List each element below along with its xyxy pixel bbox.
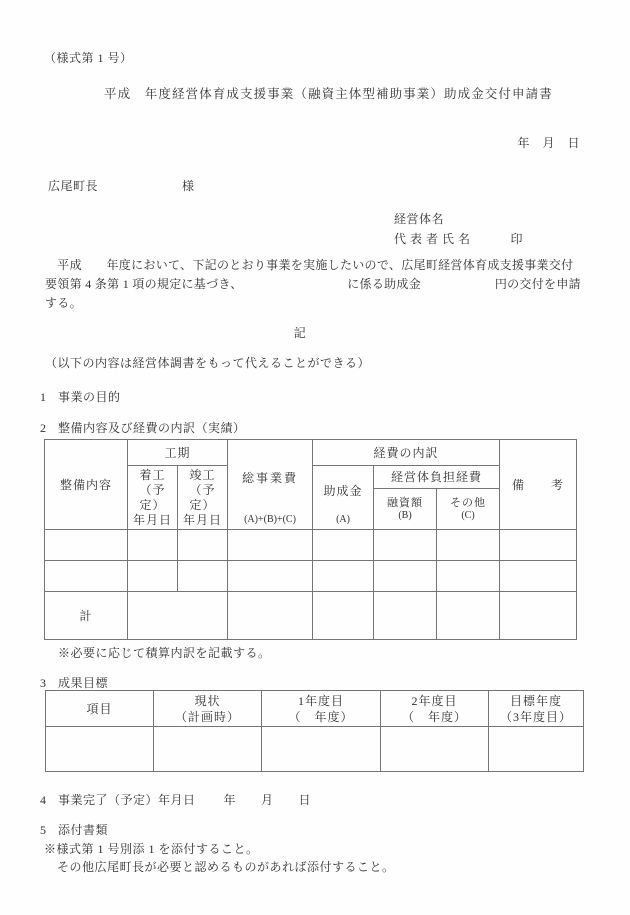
- empty-cell: [128, 530, 178, 561]
- empty-cell: [374, 530, 437, 561]
- col-header-completion-date: 竣工 （予定） 年月日: [178, 466, 228, 530]
- total-cost-formula: (A)+(B)+(C): [244, 514, 296, 528]
- attachment-note-2: その他広尾町長が必要と認めるものがあれば添付すること。: [57, 858, 395, 875]
- attachment-note-1: ※様式第 1 号別添 1 を添付すること。: [44, 840, 259, 857]
- section-2-title: 整備内容及び経費の内訳（実績）: [58, 421, 246, 435]
- seal-label: 印: [511, 232, 524, 246]
- empty-cell: [178, 530, 228, 561]
- subsidy-code: (A): [336, 514, 350, 528]
- goal-col-current-status: 現状 （計画時）: [154, 691, 262, 727]
- empty-cell: [46, 727, 154, 772]
- cost-table-note: ※必要に応じて積算内訳を記載する。: [58, 644, 271, 661]
- paragraph-line-2: 要領第 4 条第 1 項の規定に基づき、 に係る助成金 円の交付を申請: [45, 275, 581, 294]
- section-2-number: 2: [40, 421, 58, 436]
- empty-cell: [45, 530, 128, 561]
- addressee-line: 広尾町長様: [48, 177, 195, 194]
- empty-cell: [437, 530, 500, 561]
- section-4-date-blank: 年 月 日: [224, 793, 312, 807]
- section-3-heading: 3成果目標: [40, 674, 108, 691]
- application-form-page: （様式第 1 号） 平成 年度経営体育成支援事業（融資主体型補助事業）助成金交付…: [0, 0, 630, 915]
- col-header-expense-breakdown: 経費の内訳: [313, 440, 500, 466]
- empty-cell: [500, 530, 577, 561]
- subsidy-label: 助成金: [324, 468, 363, 514]
- date-line: 年 月 日: [517, 134, 580, 151]
- cost-table-row: [45, 561, 577, 592]
- empty-cell: [128, 561, 178, 592]
- addressee-name: 広尾町長: [48, 179, 98, 193]
- empty-cell: [262, 727, 381, 772]
- empty-cell: [228, 530, 313, 561]
- paragraph-line-3: する。: [45, 294, 581, 313]
- cost-table-row: [45, 530, 577, 561]
- empty-cell: [313, 592, 374, 640]
- empty-cell: [178, 561, 228, 592]
- signature-block: 経営体名 代 表 者 氏 名印: [394, 209, 523, 249]
- total-row-label-cell: 計: [45, 592, 128, 640]
- empty-cell: [437, 561, 500, 592]
- empty-cell: [313, 561, 374, 592]
- section-3-title: 成果目標: [58, 676, 108, 690]
- empty-cell: [500, 592, 577, 640]
- total-cost-label: 総事業費: [242, 442, 298, 514]
- empty-cell: [45, 561, 128, 592]
- cost-breakdown-table: 整備内容 工期 総事業費 (A)+(B)+(C) 経費の内訳 備 考 着工 （予…: [44, 439, 577, 640]
- section-5-title: 添付書類: [58, 823, 108, 837]
- col-header-loan-amount: 融資額 (B): [374, 489, 437, 530]
- goal-table-row: [46, 727, 584, 772]
- col-header-maintenance-content: 整備内容: [45, 440, 128, 530]
- goal-table: 項目 現状 （計画時） 1年度目 （ 年度） 2年度目 （ 年度） 目標年度 （…: [45, 690, 584, 772]
- goal-col-item: 項目: [46, 691, 154, 727]
- section-4-title: 事業完了（予定）年月日: [58, 793, 196, 807]
- empty-cell: [437, 592, 500, 640]
- goal-col-year-2: 2年度目 （ 年度）: [381, 691, 489, 727]
- col-header-entity-borne-expense: 経営体負担経費: [374, 466, 500, 489]
- representative-label: 代 表 者 氏 名: [394, 232, 471, 246]
- loan-label: 融資額: [374, 497, 436, 511]
- empty-cell: [381, 727, 489, 772]
- other-label: その他: [437, 497, 499, 511]
- form-number-label: （様式第 1 号）: [44, 49, 133, 66]
- col-header-subsidy: 助成金 (A): [313, 466, 374, 530]
- entity-name-label: 経営体名: [394, 209, 523, 229]
- empty-cell: [228, 561, 313, 592]
- section-5-heading: 5添付書類: [40, 821, 108, 838]
- section-4-heading: 4事業完了（予定）年月日年 月 日: [40, 791, 311, 808]
- col-header-construction-period: 工期: [128, 440, 228, 466]
- section-3-number: 3: [40, 676, 58, 691]
- empty-cell: [489, 727, 584, 772]
- goal-table-header-row: 項目 現状 （計画時） 1年度目 （ 年度） 2年度目 （ 年度） 目標年度 （…: [46, 691, 584, 727]
- section-2-heading: 2整備内容及び経費の内訳（実績）: [40, 419, 246, 436]
- col-header-total-cost: 総事業費 (A)+(B)+(C): [228, 440, 313, 530]
- document-title: 平成 年度経営体育成支援事業（融資主体型補助事業）助成金交付申請書: [104, 84, 553, 102]
- empty-cell: [374, 592, 437, 640]
- col-header-remarks: 備 考: [500, 440, 577, 530]
- loan-code: (B): [374, 510, 436, 521]
- goal-col-target-year: 目標年度 （3年度目）: [489, 691, 584, 727]
- total-row-merged-cell: [128, 592, 228, 640]
- section-1-heading: 1事業の目的: [40, 388, 121, 405]
- col-header-other: その他 (C): [437, 489, 500, 530]
- section-5-number: 5: [40, 823, 58, 838]
- application-paragraph: 平成 年度において、下記のとおり事業を実施したいので、広尾町経営体育成支援事業交…: [45, 256, 581, 313]
- goal-col-year-1: 1年度目 （ 年度）: [262, 691, 381, 727]
- record-marker: 記: [0, 324, 600, 341]
- substitution-note: （以下の内容は経営体調書をもって代えることができる）: [45, 354, 370, 371]
- col-header-start-date: 着工 （予定） 年月日: [128, 466, 178, 530]
- addressee-honorific: 様: [182, 179, 195, 193]
- empty-cell: [154, 727, 262, 772]
- empty-cell: [500, 561, 577, 592]
- section-4-number: 4: [40, 793, 58, 808]
- other-code: (C): [437, 510, 499, 521]
- empty-cell: [374, 561, 437, 592]
- paragraph-line-1: 平成 年度において、下記のとおり事業を実施したいので、広尾町経営体育成支援事業交…: [45, 256, 581, 275]
- empty-cell: [313, 530, 374, 561]
- section-1-number: 1: [40, 390, 58, 405]
- cost-table-total-row: 計: [45, 592, 577, 640]
- section-1-title: 事業の目的: [58, 390, 121, 404]
- empty-cell: [228, 592, 313, 640]
- representative-line: 代 表 者 氏 名印: [394, 229, 523, 249]
